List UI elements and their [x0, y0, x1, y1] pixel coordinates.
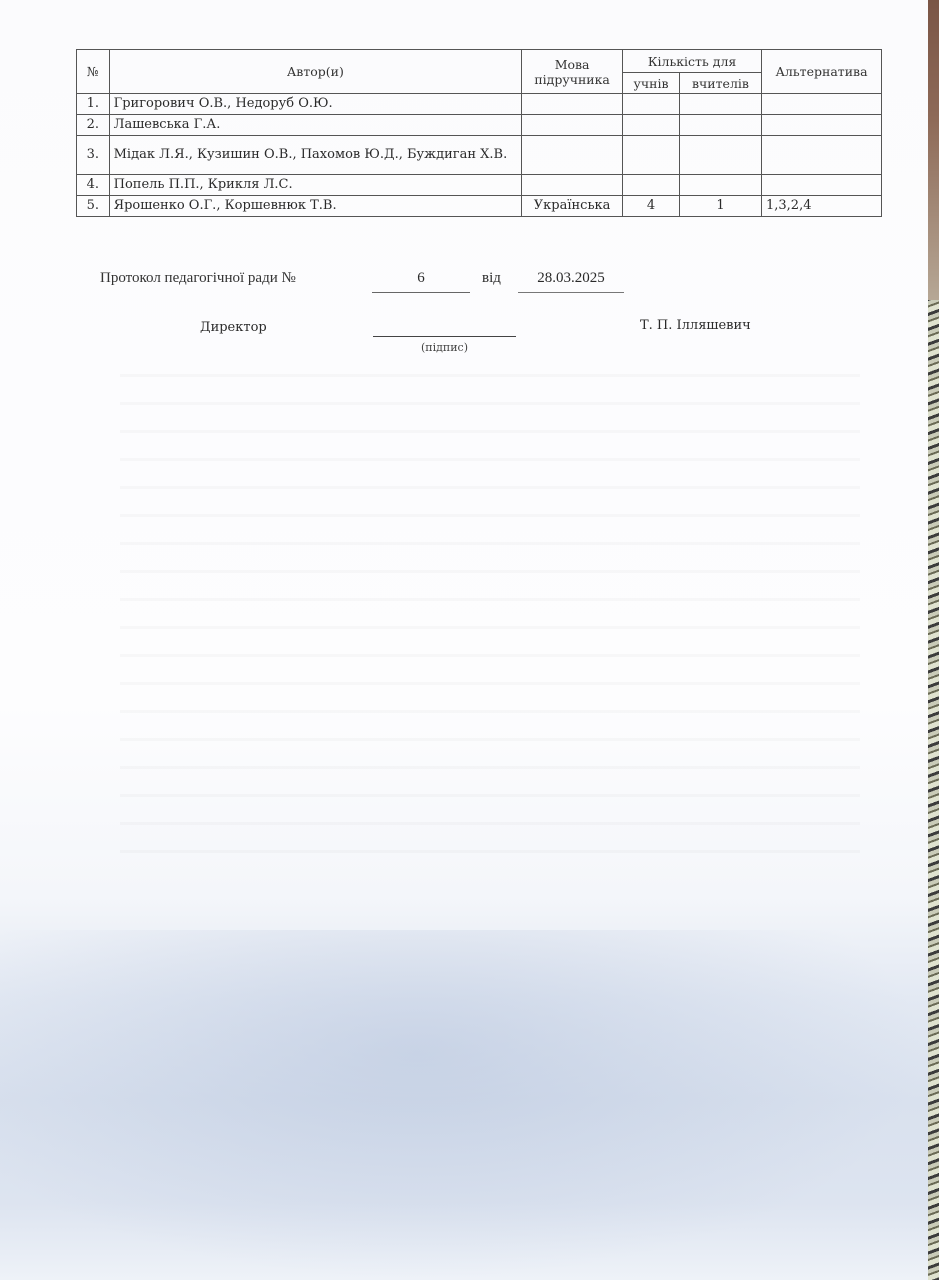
header-alternative: Альтернатива — [762, 50, 882, 94]
row-language — [522, 115, 623, 136]
row-number: 2. — [77, 115, 110, 136]
header-language: Мова підручника — [522, 50, 623, 94]
row-teachers — [679, 136, 761, 175]
row-alternative — [762, 115, 882, 136]
signature-hint: (підпис) — [373, 341, 516, 354]
table-row: 5. Ярошенко О.Г., Коршевнюк Т.В. Українс… — [77, 196, 882, 217]
row-authors: Лашевська Г.А. — [109, 115, 521, 136]
background-edge-top — [928, 0, 939, 300]
row-authors: Попель П.П., Крикля Л.С. — [109, 175, 521, 196]
row-students — [623, 94, 680, 115]
protocol-from-label: від — [482, 270, 501, 287]
row-teachers — [679, 115, 761, 136]
row-students — [623, 136, 680, 175]
row-language — [522, 175, 623, 196]
row-number: 1. — [77, 94, 110, 115]
protocol-number: 6 — [372, 270, 470, 293]
row-alternative — [762, 175, 882, 196]
row-number: 4. — [77, 175, 110, 196]
row-alternative — [762, 94, 882, 115]
director-name: Т. П. Ілляшевич — [640, 318, 751, 333]
row-language: Українська — [522, 196, 623, 217]
row-authors: Ярошенко О.Г., Коршевнюк Т.В. — [109, 196, 521, 217]
textbook-selection-table: № Автор(и) Мова підручника Кількість для… — [76, 49, 882, 217]
bleed-through-text — [120, 360, 860, 860]
row-students — [623, 175, 680, 196]
header-authors: Автор(и) — [109, 50, 521, 94]
header-quantity: Кількість для — [623, 50, 762, 73]
row-number: 5. — [77, 196, 110, 217]
director-label: Директор — [200, 320, 267, 335]
header-number: № — [77, 50, 110, 94]
row-authors: Мідак Л.Я., Кузишин О.В., Пахомов Ю.Д., … — [109, 136, 521, 175]
row-authors: Григорович О.В., Недоруб О.Ю. — [109, 94, 521, 115]
row-language — [522, 94, 623, 115]
row-alternative — [762, 136, 882, 175]
row-teachers — [679, 94, 761, 115]
document-page: № Автор(и) Мова підручника Кількість для… — [0, 0, 928, 1280]
table-row: 4. Попель П.П., Крикля Л.С. — [77, 175, 882, 196]
row-students: 4 — [623, 196, 680, 217]
header-students: учнів — [623, 73, 680, 94]
row-teachers: 1 — [679, 196, 761, 217]
protocol-label: Протокол педагогічної ради № — [100, 270, 296, 287]
row-alternative: 1,3,2,4 — [762, 196, 882, 217]
table-row: 1. Григорович О.В., Недоруб О.Ю. — [77, 94, 882, 115]
table-row: 2. Лашевська Г.А. — [77, 115, 882, 136]
header-teachers: вчителів — [679, 73, 761, 94]
row-number: 3. — [77, 136, 110, 175]
row-students — [623, 115, 680, 136]
signature-line — [373, 336, 516, 337]
row-teachers — [679, 175, 761, 196]
table-row: 3. Мідак Л.Я., Кузишин О.В., Пахомов Ю.Д… — [77, 136, 882, 175]
protocol-date: 28.03.2025 — [518, 270, 624, 293]
row-language — [522, 136, 623, 175]
